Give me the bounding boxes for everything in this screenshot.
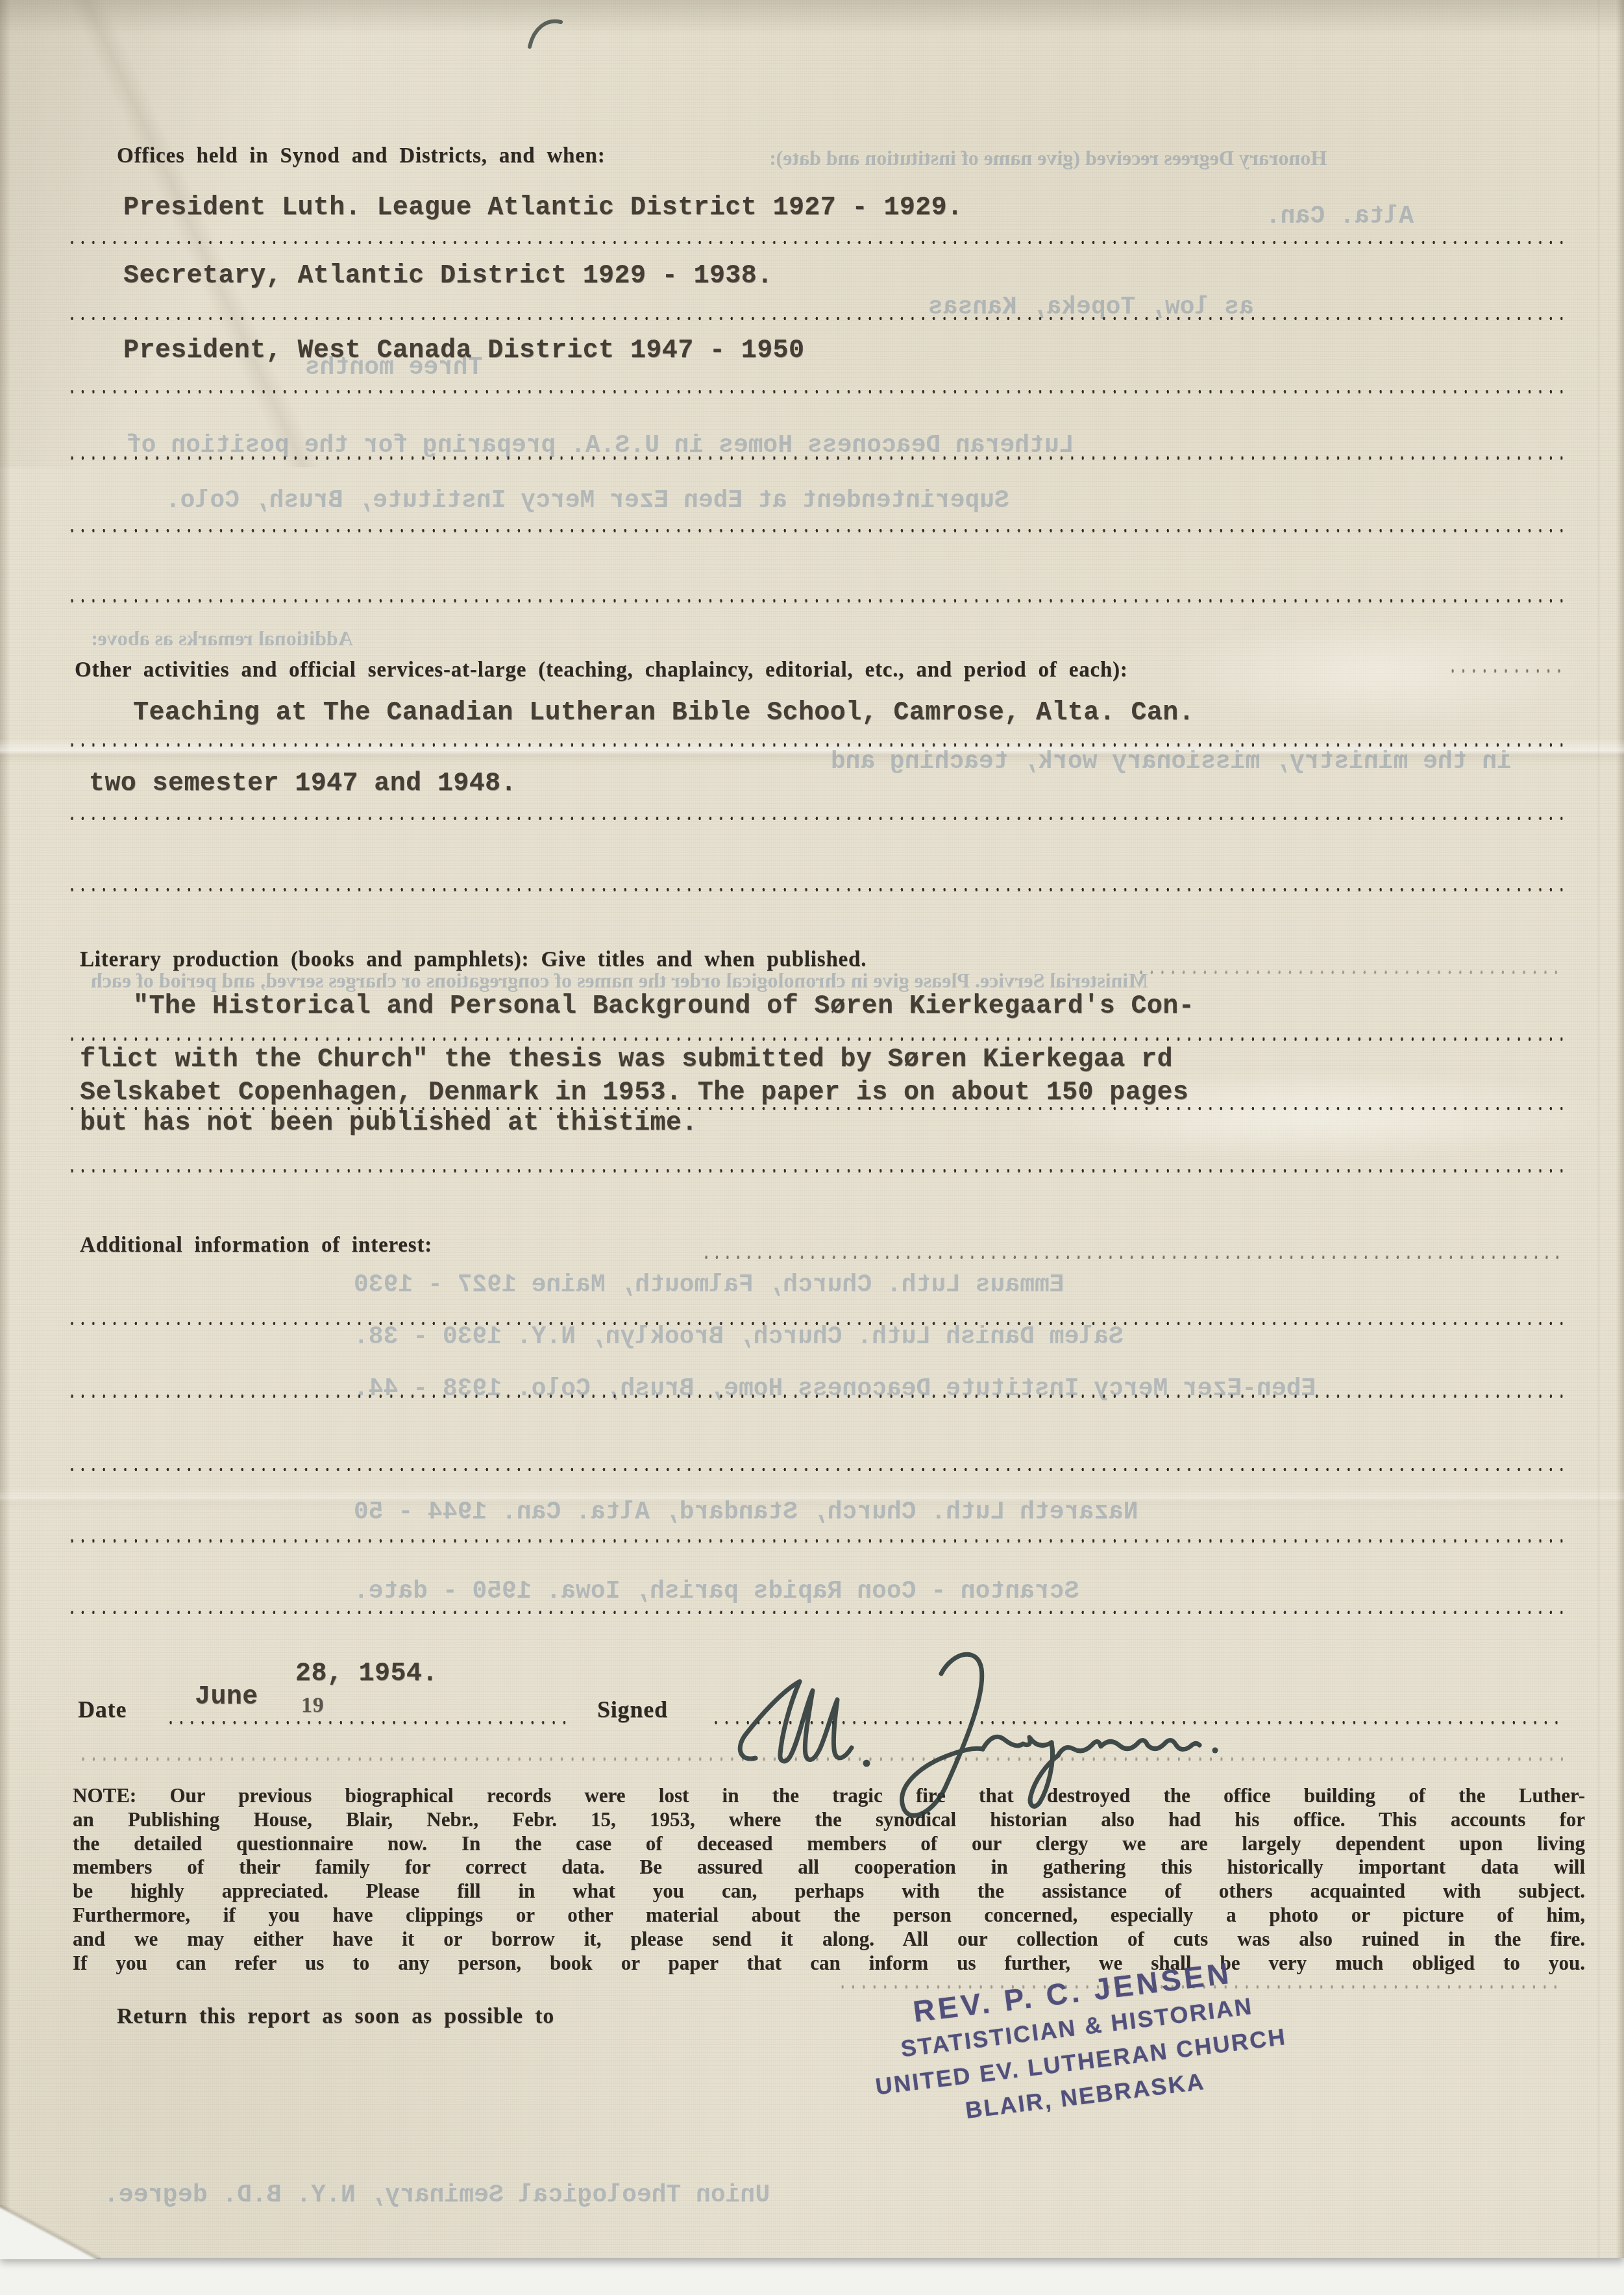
bleedthrough-text: Scranton - Coon Rapids parish, Iowa. 195… [354,1578,1079,1606]
typed-answer: two semester 1947 and 1948. [89,769,517,799]
bleedthrough-text: Honorary Degrees received (give name of … [769,146,1327,170]
bleedthrough-text: Additional remarks as above: [91,626,353,651]
document-scan: { "page": { "paper_color": "#e7e1d1", "i… [0,0,1624,2295]
note-line: the detailed questionnaire now. In the c… [73,1832,1585,1856]
dotted-line [67,388,1563,395]
dotted-line [67,315,1563,322]
literary-section-label: Literary production (books and pamphlets… [80,948,867,972]
typed-answer: but has not been published at thistime. [80,1109,698,1138]
typed-answer: Secretary, Atlantic District 1929 - 1938… [123,262,773,291]
typed-answer: President, West Canada District 1947 - 1… [123,336,804,366]
handwritten-signature [727,1604,1240,1831]
dotted-line [67,1393,1563,1400]
bleedthrough-text: Ministerial Service. Please give in chro… [91,969,1148,993]
paper-bottom-left-corner [0,2205,101,2259]
date-dotted-line [166,1719,571,1726]
pen-mark [519,9,571,61]
date-label: Date [78,1696,127,1723]
note-line: be highly appreciated. Please fill in wh… [73,1879,1585,1904]
note-line: Furthermore, if you have clippings or ot… [73,1904,1585,1928]
dotted-line [701,1254,1563,1261]
dotted-line [1136,969,1563,976]
note-line: and we may either have it or borrow it, … [73,1928,1585,1952]
note-line: members of their family for correct data… [73,1855,1585,1879]
dotted-line [67,527,1563,534]
fold-crease-topleft [0,0,389,467]
offices-section-label: Offices held in Synod and Districts, and… [117,144,606,168]
additional-info-label: Additional information of interest: [80,1234,432,1258]
bleedthrough-text: Alta. Can. [1266,203,1414,230]
dotted-line [67,1036,1563,1043]
dotted-line [67,1167,1563,1174]
dotted-line [1447,667,1563,675]
dotted-line [67,1466,1563,1473]
dotted-line [67,597,1563,604]
bleedthrough-text: Union Theological Seminary, N.Y. B.D. de… [104,2181,770,2209]
dotted-line [67,1537,1563,1544]
dotted-line [67,886,1563,893]
bleedthrough-text: in the ministry, missionary work, teachi… [831,748,1512,776]
vertical-crease [1589,0,1608,2258]
dotted-line [67,239,1563,246]
signed-label: Signed [597,1696,668,1723]
dotted-line [67,741,1563,749]
typed-answer: Selskabet Copenhagen, Denmark in 1953. T… [80,1078,1188,1108]
note-label: NOTE: [73,1784,136,1807]
dotted-line [67,815,1563,822]
bleedthrough-text: Nazareth Luth. Church, Standard, Alta. C… [354,1498,1138,1526]
typed-answer: Teaching at The Canadian Lutheran Bible … [133,699,1194,728]
return-instruction: Return this report as soon as possible t… [117,2004,554,2029]
paper-sheet: Honorary Degrees received (give name of … [0,0,1624,2258]
note-line: If you can refer us to any person, book … [73,1952,1585,1976]
bleedthrough-text: Emmaus Luth. Church, Falmouth, Maine 192… [354,1271,1064,1299]
dotted-line [67,454,1563,462]
bleedthrough-text: Salem Danish Luth. Church, Brooklyn, N.Y… [354,1323,1124,1351]
typed-answer: flict with the Church" the thesis was su… [80,1045,1173,1074]
activities-section-label: Other activities and official services-a… [75,658,1128,682]
bleedthrough-text: Superintendent at Eben Ezer Mercy Instit… [166,487,1009,515]
printed-year-prefix: 19 [301,1693,325,1718]
typed-date-month: June [195,1683,258,1712]
dotted-line [67,1320,1563,1327]
typed-answer: "The Historical and Personal Background … [133,992,1194,1021]
typed-date-day-year: 28, 1954. [295,1659,438,1689]
typed-answer: President Luth. League Atlantic District… [123,193,963,223]
